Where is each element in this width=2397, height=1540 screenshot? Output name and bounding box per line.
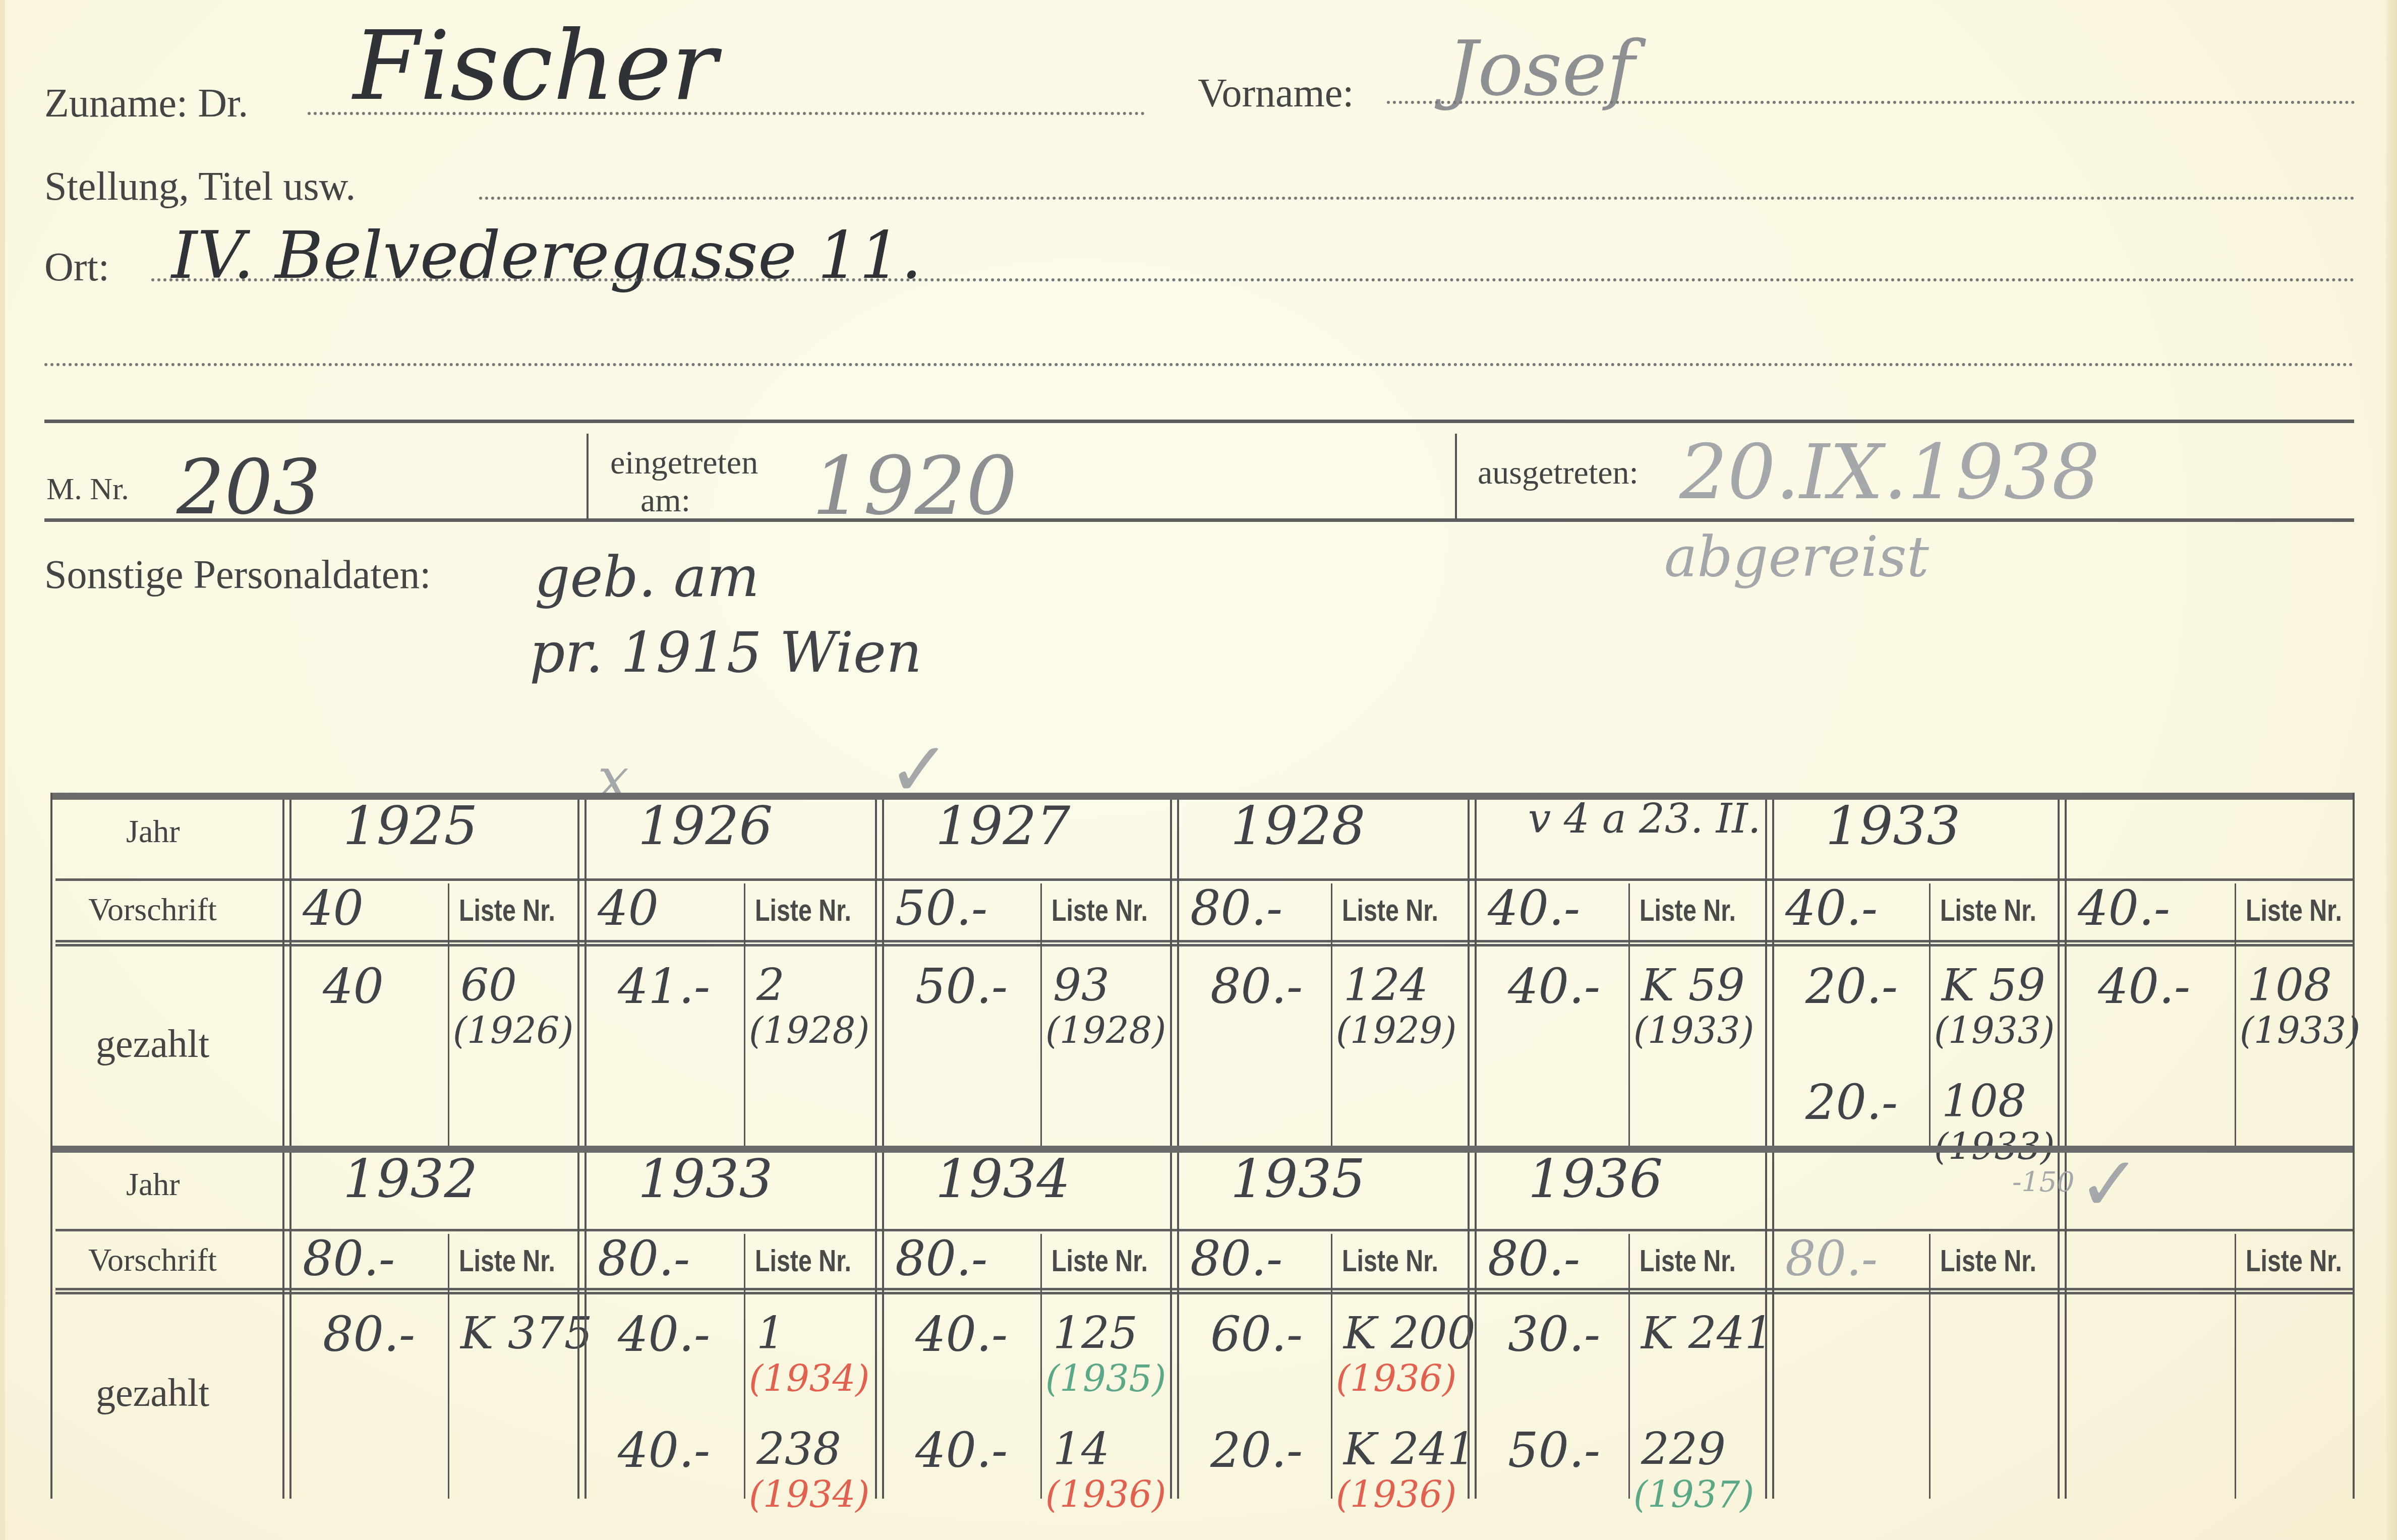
block-divider (2058, 1153, 2060, 1499)
table1-liste-year-0-0: (1926) (453, 1010, 573, 1052)
block-divider (1170, 800, 1172, 1148)
x-mark: x (598, 746, 629, 811)
table2-liste-year-1-1: (1934) (749, 1473, 869, 1516)
personal-line-1: geb. am (535, 545, 759, 609)
table1-liste-6-0: 108 (2247, 959, 2332, 1011)
table2-liste-4-0: K 241 (1641, 1307, 1773, 1359)
liste-divider (1331, 883, 1332, 1148)
table1-liste-1-0: 2 (756, 959, 785, 1011)
table2-amount-4-0: 30.- (1508, 1307, 1600, 1363)
jahr-label: Jahr (126, 813, 180, 850)
table2-amount-1-0: 40.- (618, 1307, 710, 1363)
table2-amount-2-0: 40.- (915, 1307, 1008, 1363)
table2-amount-3-1: 20.- (1210, 1423, 1303, 1478)
block-divider (1772, 800, 1774, 1148)
table1-liste-5-1: 108 (1942, 1075, 2026, 1127)
block-divider (282, 1153, 284, 1499)
separator (44, 420, 2354, 423)
table2-liste-year-3-0: (1936) (1336, 1357, 1456, 1400)
table1-amount-0-0: 40 (323, 959, 384, 1015)
liste-divider (448, 883, 449, 1148)
table1-amount-2-0: 50.- (915, 959, 1008, 1015)
liste-divider (2235, 1234, 2236, 1499)
table1-liste-year-6-0: (1933) (2240, 1010, 2360, 1052)
table2-liste-2-1: 14 (1053, 1423, 1109, 1475)
block-divider (1177, 1153, 1179, 1499)
block-divider (577, 800, 579, 1148)
table2-amount-1-1: 40.- (618, 1423, 710, 1478)
table2-jahr-3: 1935 (1231, 1148, 1365, 1210)
table2-amount-3-0: 60.- (1210, 1307, 1303, 1363)
check-mark-icon: ✓ (2078, 1141, 2141, 1228)
block-divider (1475, 1153, 1477, 1499)
liste-divider (1628, 1234, 1630, 1499)
table1-vorschrift-5: 40.- (1785, 881, 1878, 936)
table2-liste-3-0: K 200 (1343, 1307, 1476, 1359)
table-left-border (50, 1146, 52, 1499)
table2-liste-4-1: 229 (1641, 1423, 1726, 1475)
liste-nr-label: Liste Nr. (755, 893, 851, 928)
ausgetreten-value: 20.IX.1938 (1679, 429, 2100, 516)
table1-jahr-4: v 4 a 23. II. (1528, 795, 1761, 842)
liste-divider (744, 883, 745, 1148)
block-divider (2065, 800, 2067, 1148)
liste-nr-label: Liste Nr. (1051, 893, 1148, 928)
block-divider (1765, 800, 1767, 1148)
eingetreten-label-am: am: (640, 482, 690, 520)
table1-jahr-1: 1926 (638, 795, 773, 857)
table1-liste-0-0: 60 (460, 959, 517, 1011)
divider (1455, 434, 1457, 519)
table2-jahr-4: 1936 (1528, 1148, 1663, 1210)
minus-150-note: -150 (2012, 1166, 2075, 1198)
block-divider (1468, 1153, 1470, 1499)
jahr-label: Jahr (126, 1166, 180, 1203)
ort-line (151, 278, 2355, 281)
zuname-label: Zuname: Dr. (44, 81, 248, 127)
liste-divider (1628, 883, 1630, 1148)
liste-divider (2235, 883, 2236, 1148)
table1-vorschrift-2: 50.- (895, 881, 987, 936)
liste-divider (1040, 1234, 1042, 1499)
liste-nr-label: Liste Nr. (755, 1243, 851, 1279)
block-divider (2065, 1153, 2067, 1499)
table2-jahr-2: 1934 (936, 1148, 1070, 1210)
table1-liste-year-3-0: (1929) (1336, 1010, 1456, 1052)
table2-jahr-1: 1933 (638, 1148, 773, 1210)
block-divider (289, 800, 291, 1148)
table2-amount-0-0: 80.- (323, 1307, 415, 1363)
liste-nr-label: Liste Nr. (1342, 893, 1438, 928)
block-divider (1475, 800, 1477, 1148)
block-divider (1765, 1153, 1767, 1499)
vorschrift-label: Vorschrift (88, 891, 217, 928)
zuname-value: Fischer (353, 10, 717, 122)
table2-liste-year-3-1: (1936) (1336, 1473, 1456, 1516)
gezahlt-label: gezahlt (96, 1021, 209, 1067)
table1-liste-4-0: K 59 (1641, 959, 1745, 1011)
ausgetreten-label: ausgetreten: (1478, 454, 1639, 492)
table1-liste-year-5-0: (1933) (1934, 1010, 2055, 1052)
eingetreten-label: eingetreten (610, 444, 758, 482)
row-rule (55, 944, 2353, 946)
block-divider (1177, 800, 1179, 1148)
liste-nr-label: Liste Nr. (459, 893, 555, 928)
vorname-line (1387, 101, 2355, 104)
table2-liste-1-0: 1 (756, 1307, 785, 1359)
eingetreten-value: 1920 (812, 439, 1017, 533)
liste-nr-label: Liste Nr. (2246, 1243, 2342, 1279)
membership-index-card: Zuname: Dr. Fischer Vorname: Josef Stell… (0, 0, 2397, 1540)
block-divider (282, 800, 284, 1148)
personal-line-2: pr. 1915 Wien (530, 620, 922, 685)
table-right-border (2353, 793, 2355, 1148)
stellung-line (479, 197, 2355, 200)
table2-vorschrift-0: 80.- (303, 1231, 395, 1287)
block-divider (577, 1153, 579, 1499)
liste-nr-label: Liste Nr. (1640, 893, 1736, 928)
divider (587, 434, 589, 519)
table2-liste-3-1: K 241 (1343, 1423, 1476, 1475)
table2-amount-4-1: 50.- (1508, 1423, 1600, 1478)
row-rule (55, 940, 2353, 942)
table1-liste-2-0: 93 (1053, 959, 1109, 1011)
liste-nr-label: Liste Nr. (1342, 1243, 1438, 1279)
block-divider (584, 800, 587, 1148)
block-divider (289, 1153, 291, 1499)
stellung-label: Stellung, Titel usw. (44, 164, 356, 210)
table1-vorschrift-0: 40 (303, 881, 364, 936)
table1-liste-year-4-0: (1933) (1633, 1010, 1754, 1052)
personal-label: Sonstige Personaldaten: (44, 552, 431, 598)
table-right-border (2353, 1146, 2355, 1499)
liste-divider (1040, 883, 1042, 1148)
table2-jahr-0: 1932 (343, 1148, 478, 1210)
table1-liste-3-0: 124 (1343, 959, 1428, 1011)
block-divider (584, 1153, 587, 1499)
liste-divider (1929, 883, 1931, 1148)
liste-nr-label: Liste Nr. (1051, 1243, 1148, 1279)
separator (44, 518, 2354, 522)
table1-vorschrift-3: 80.- (1190, 881, 1282, 936)
table2-vorschrift-3: 80.- (1190, 1231, 1282, 1287)
table1-amount-4-0: 40.- (1508, 959, 1600, 1015)
zuname-line (308, 112, 1145, 115)
table1-jahr-3: 1928 (1231, 795, 1365, 857)
table1-jahr-5: 1933 (1826, 795, 1960, 857)
table2-vorschrift-5: 80.- (1785, 1231, 1878, 1287)
ausgetreten-note: abgereist (1664, 524, 1929, 589)
table1-amount-6-0: 40.- (2098, 959, 2190, 1015)
liste-nr-label: Liste Nr. (459, 1243, 555, 1279)
table2-vorschrift-4: 80.- (1488, 1231, 1580, 1287)
blank-line (44, 363, 2354, 366)
table2-vorschrift-1: 80.- (598, 1231, 690, 1287)
block-divider (875, 800, 877, 1148)
vorname-value: Josef (1447, 25, 1635, 113)
table1-amount-5-0: 20.- (1805, 959, 1898, 1015)
block-divider (882, 1153, 884, 1499)
table2-liste-0-0: K 375 (460, 1307, 593, 1359)
liste-nr-label: Liste Nr. (1640, 1243, 1736, 1279)
liste-nr-label: Liste Nr. (1940, 1243, 2036, 1279)
table1-vorschrift-4: 40.- (1488, 881, 1580, 936)
row-rule (55, 1288, 2353, 1290)
table1-vorschrift-6: 40.- (2078, 881, 2170, 936)
table2-liste-year-4-1: (1937) (1633, 1473, 1754, 1516)
row-rule (55, 1292, 2353, 1294)
table2-liste-2-0: 125 (1053, 1307, 1138, 1359)
table2-amount-2-1: 40.- (915, 1423, 1008, 1478)
table1-vorschrift-1: 40 (598, 881, 659, 936)
table1-amount-5-1: 20.- (1805, 1075, 1898, 1131)
gezahlt-label: gezahlt (96, 1370, 209, 1415)
table1-amount-3-0: 80.- (1210, 959, 1303, 1015)
ort-value: IV. Belvederegasse 11. (171, 217, 922, 293)
table2-liste-year-2-1: (1936) (1045, 1473, 1166, 1516)
table-left-border (50, 793, 52, 1148)
vorschrift-label: Vorschrift (88, 1241, 217, 1279)
liste-divider (1929, 1234, 1931, 1499)
table2-liste-year-2-0: (1935) (1045, 1357, 1166, 1400)
mnr-label: M. Nr. (46, 471, 129, 507)
block-divider (875, 1153, 877, 1499)
liste-nr-label: Liste Nr. (2246, 893, 2342, 928)
table1-liste-year-2-0: (1928) (1045, 1010, 1166, 1052)
block-divider (2058, 800, 2060, 1148)
table2-liste-1-1: 238 (756, 1423, 841, 1475)
block-divider (1170, 1153, 1172, 1499)
block-divider (1468, 800, 1470, 1148)
vorname-label: Vorname: (1198, 71, 1354, 116)
liste-nr-label: Liste Nr. (1940, 893, 2036, 928)
block-divider (882, 800, 884, 1148)
table2-liste-year-1-0: (1934) (749, 1357, 869, 1400)
block-divider (1772, 1153, 1774, 1499)
ort-label: Ort: (44, 245, 109, 290)
table1-jahr-2: 1927 (936, 795, 1070, 857)
liste-divider (1331, 1234, 1332, 1499)
mnr-value: 203 (177, 444, 321, 531)
table1-liste-5-0: K 59 (1942, 959, 2045, 1011)
table1-amount-1-0: 41.- (618, 959, 710, 1015)
table1-jahr-0: 1925 (343, 795, 478, 857)
table2-vorschrift-2: 80.- (895, 1231, 987, 1287)
liste-divider (448, 1234, 449, 1499)
liste-divider (744, 1234, 745, 1499)
table1-liste-year-1-0: (1928) (749, 1010, 869, 1052)
